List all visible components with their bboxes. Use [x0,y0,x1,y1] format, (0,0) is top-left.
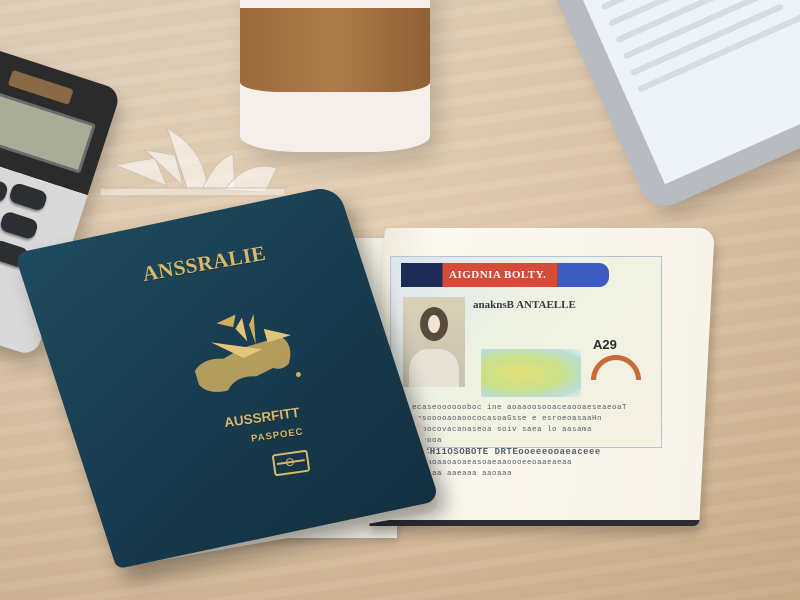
machine-readable-zone: ecaseooooooboc ine aoaaoosooaceaooaeseae… [412,403,662,480]
mrz-line: aaeeaa aaeaaa aaoaaa [412,469,662,480]
hologram-arc-icon [591,355,641,380]
calculator-key [0,210,39,240]
cup-sleeve [240,8,430,92]
australia-map-icon [481,349,581,397]
mrz-line: ecaseooooooboc ine aoaaoosooaceaooaeseae… [412,403,662,414]
visa-heading: anaknsB ANTAELLE [473,299,576,311]
mrz-line: DBCH11OSOBOTE DRTEooeeeooaeaceee [412,447,662,458]
visa-banner: AIGDNIA BOLTY. [401,263,609,287]
mrz-line: aeoocovacanaseoa soiv saea lo aasama [412,425,662,436]
coat-of-arms-icon [178,304,309,404]
visa-number: A29 [593,337,617,352]
calculator-key [0,173,9,203]
mrz-line: aaeaoaaoaoaeasoaeaaoooeeoaaeaeaa [412,458,662,469]
visa-holder-photo [403,297,465,387]
visa-banner-text: AIGDNIA BOLTY. [449,269,546,281]
opera-house-icon [95,120,285,202]
mrz-line: nasooooaoaoococasoaGsse e esroeoasaaHn [412,414,662,425]
calculator-key [8,182,48,212]
mrz-line: aaeooa [412,436,662,447]
